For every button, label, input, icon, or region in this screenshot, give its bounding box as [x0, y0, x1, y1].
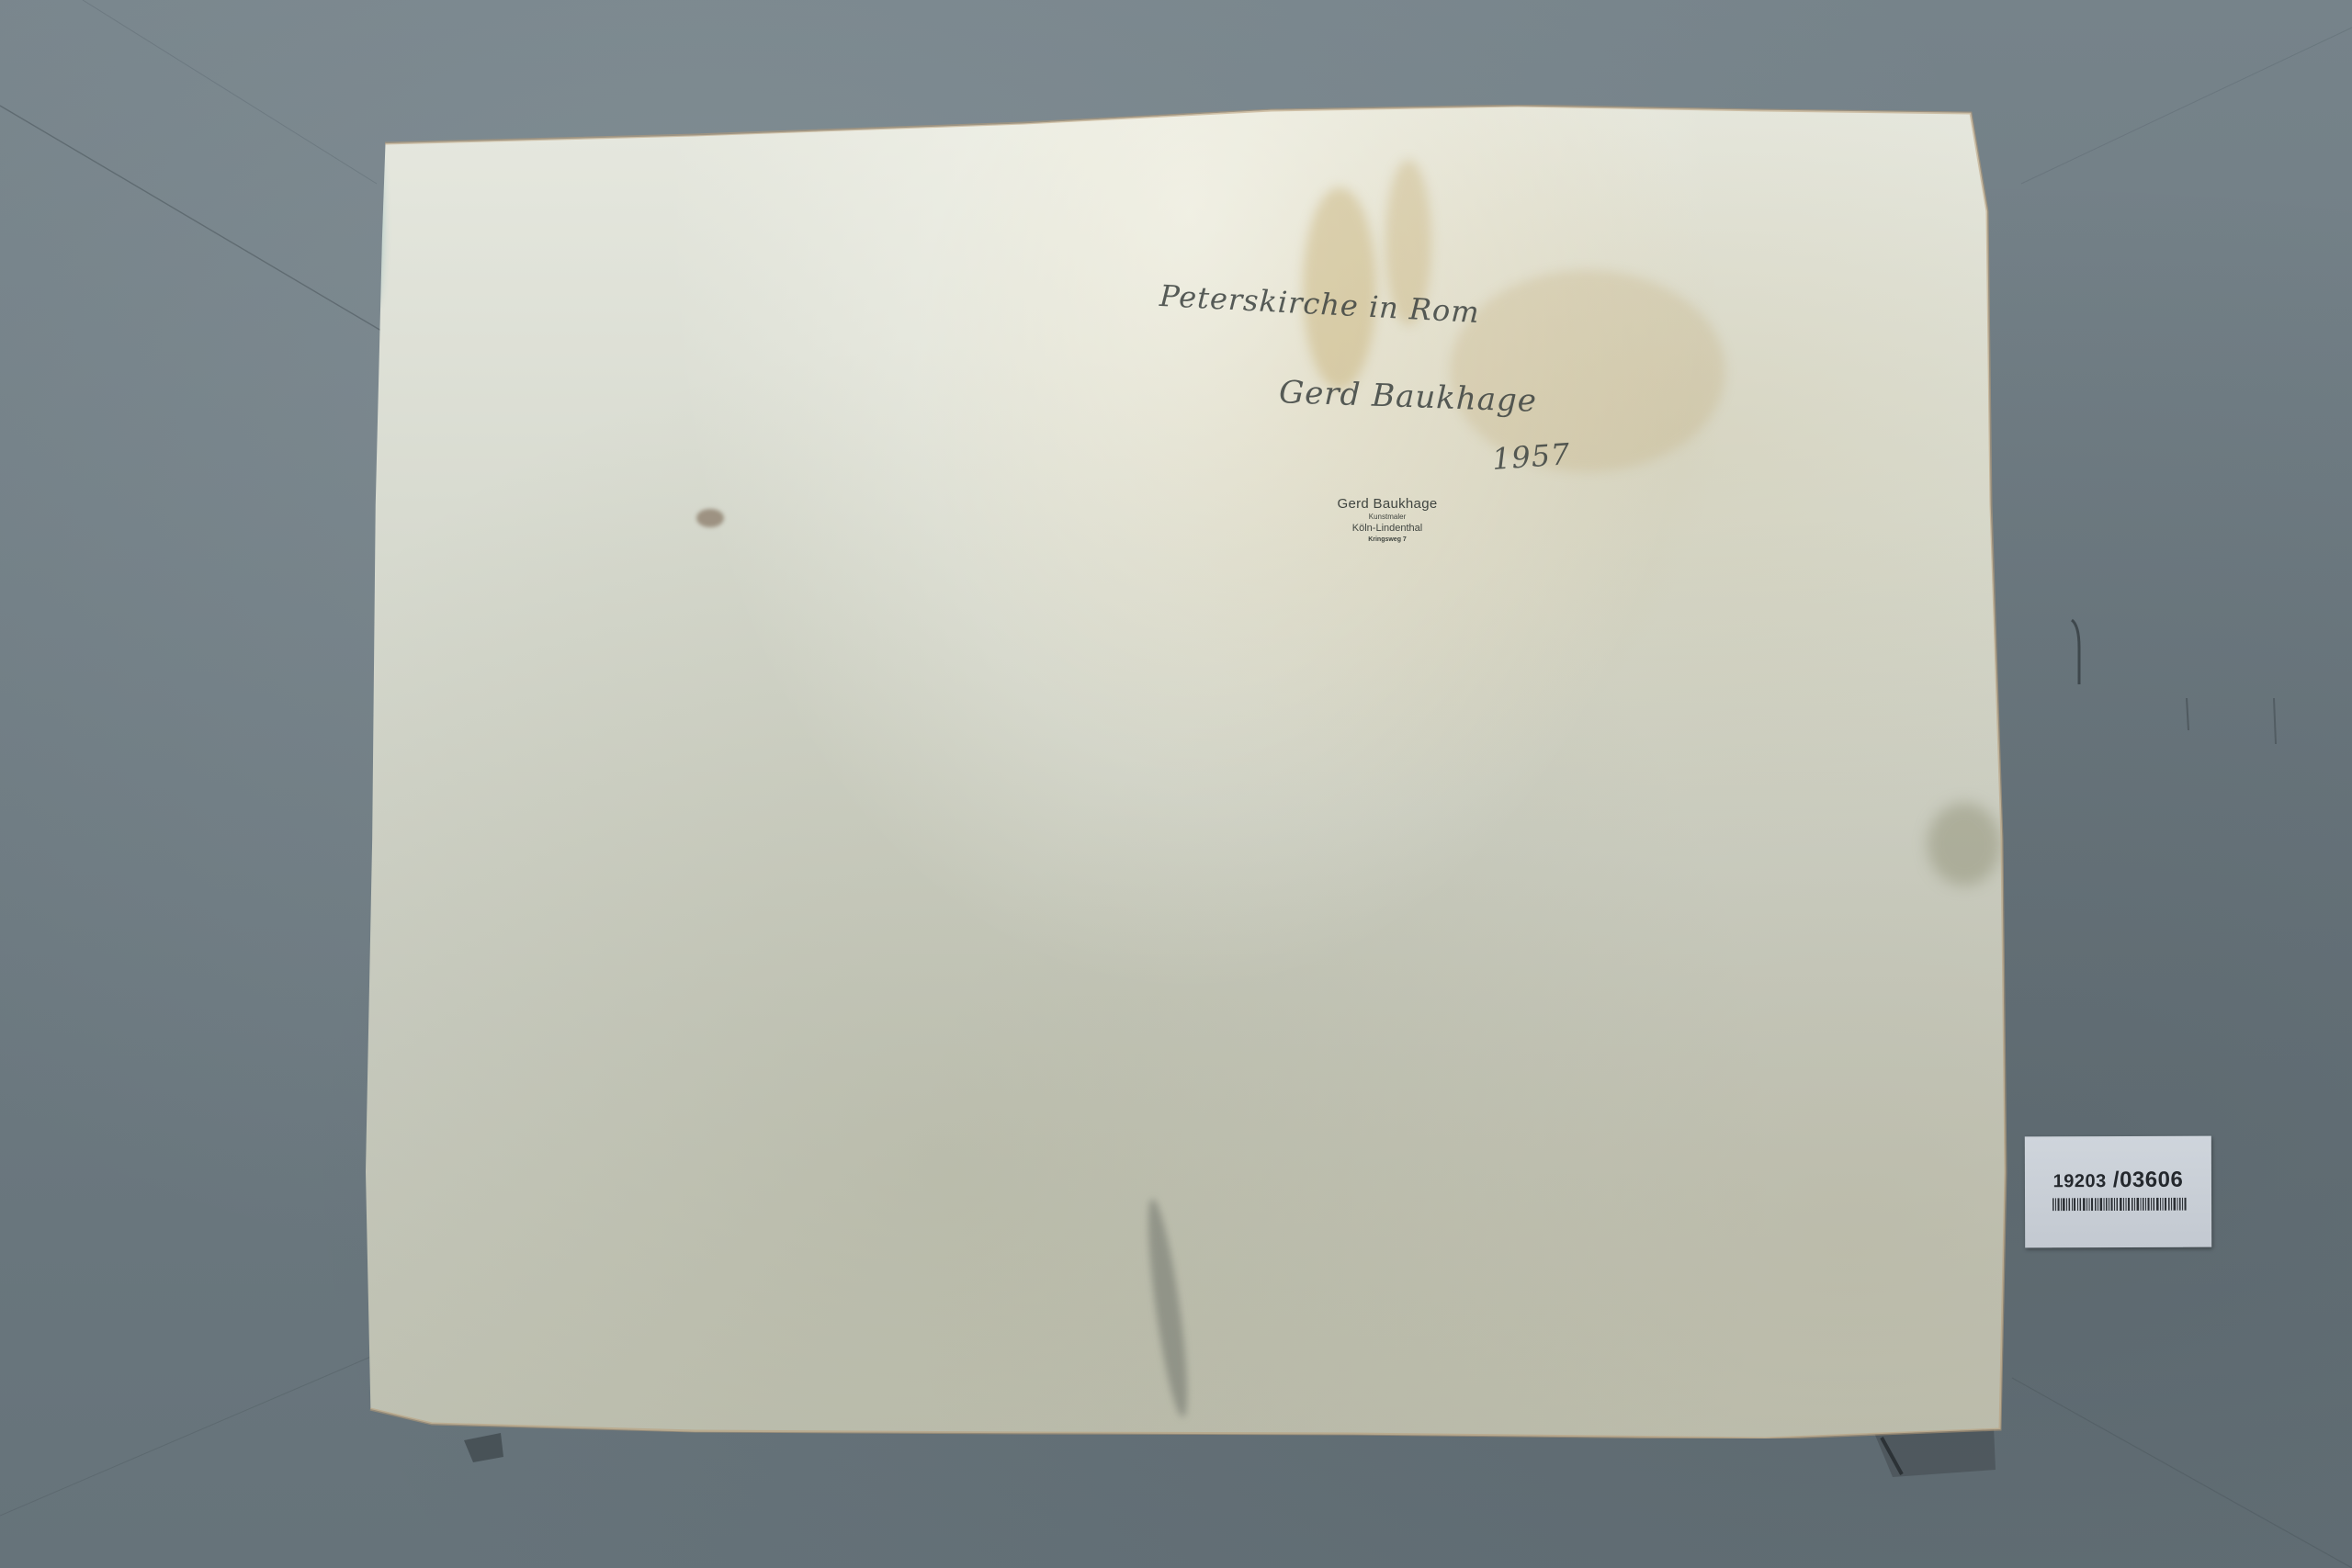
pencil-smudge	[1140, 1197, 1194, 1418]
foxing-stain	[696, 509, 724, 527]
stamp-city: Köln-Lindenthal	[1305, 523, 1470, 535]
inventory-number: 19203 /03606	[2025, 1168, 2211, 1194]
stamp-street: Kringsweg 7	[1305, 536, 1470, 544]
inventory-label: 19203 /03606	[2025, 1136, 2211, 1248]
artist-stamp: Gerd Baukhage Kunstmaler Köln-Lindenthal…	[1305, 496, 1470, 544]
inventory-id: /03606	[2113, 1168, 2184, 1192]
barcode-icon	[2052, 1198, 2187, 1212]
handwritten-year: 1957	[1491, 436, 1572, 477]
stamp-role: Kunstmaler	[1305, 513, 1470, 521]
crease-shadow	[1928, 803, 2001, 886]
inventory-prefix: 19203	[2053, 1171, 2107, 1191]
stamp-name: Gerd Baukhage	[1305, 496, 1470, 512]
